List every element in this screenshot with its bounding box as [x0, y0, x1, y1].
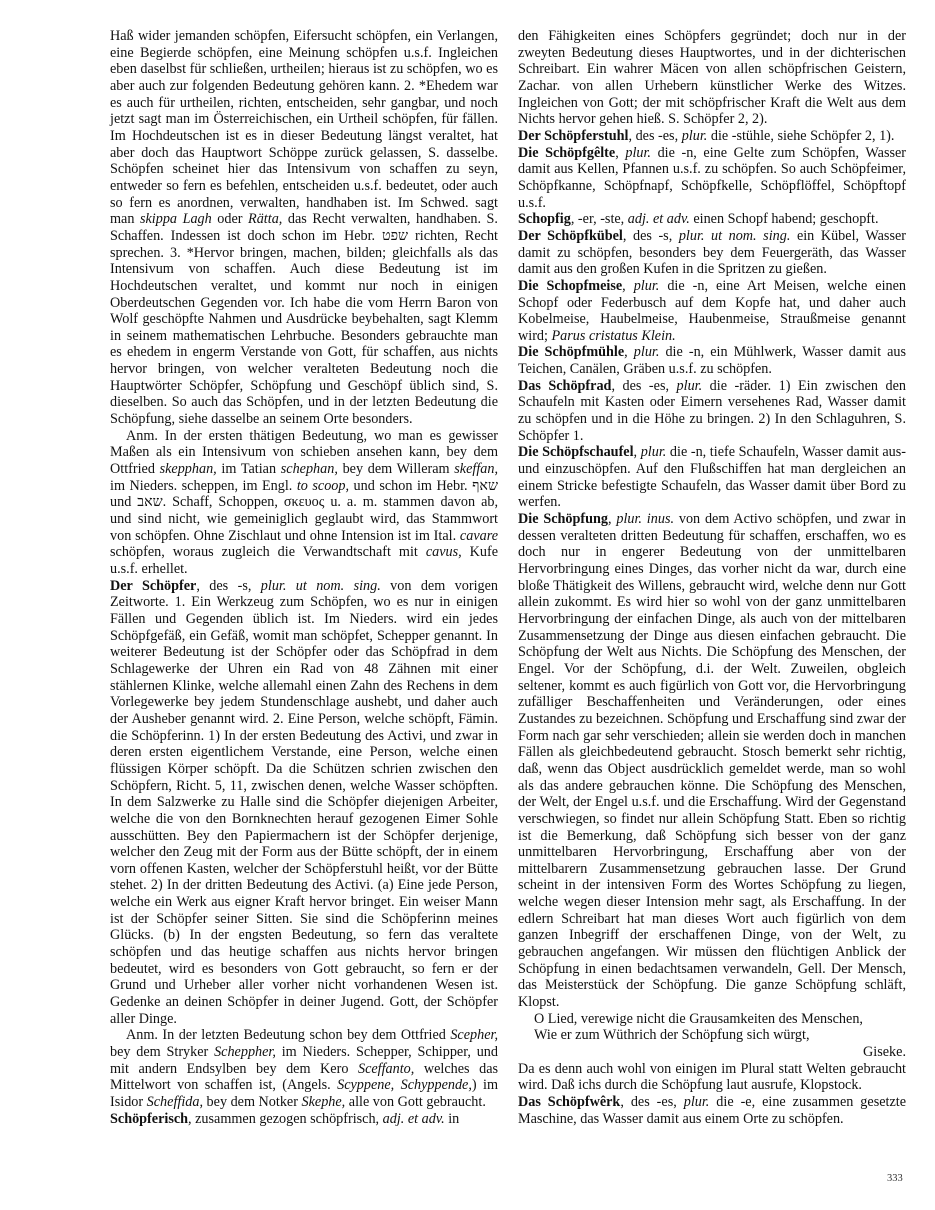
italic-term: cavare	[460, 528, 498, 544]
body-text: bey dem Willeram	[338, 461, 454, 477]
italic-term: plur. inus.	[616, 511, 674, 527]
verse-line: O Lied, verewige nicht die Grausamkeiten…	[518, 1011, 906, 1028]
dictionary-entry: Die Schöpfgêlte, plur. die -n, eine Gelt…	[518, 145, 906, 212]
italic-term: to scoop,	[297, 478, 349, 494]
italic-term: Rätta,	[248, 211, 282, 227]
body-text: Da es denn auch wohl von einigen im Plur…	[518, 1061, 906, 1094]
entry-headword: Die Schöpfgêlte	[518, 145, 615, 161]
dictionary-entry: Die Schöpfschaufel, plur. die -n, tiefe …	[518, 444, 906, 511]
body-text: , des -es,	[620, 1094, 683, 1110]
body-text: alle von Gott gebraucht.	[345, 1094, 486, 1110]
body-text: den Fähigkeiten eines Schöpfers gegründe…	[518, 28, 906, 127]
italic-term: plur. ut nom. sing.	[679, 228, 791, 244]
entry-headword: Schopfig	[518, 211, 571, 227]
italic-term: Scepher,	[450, 1027, 498, 1043]
body-text: im Nieders. scheppen, im Engl.	[110, 478, 297, 494]
entry-headword: Der Schöpferstuhl	[518, 128, 628, 144]
italic-term: plur. ut nom. sing.	[261, 578, 381, 594]
text-paragraph: Haß wider jemanden schöpfen, Eifersucht …	[110, 28, 498, 428]
page-number: 333	[887, 1173, 903, 1184]
italic-term: Skephe,	[302, 1094, 346, 1110]
italic-term: skippa Lagh	[140, 211, 212, 227]
body-text: Anm. In der letzten Bedeutung schon bey …	[126, 1027, 450, 1043]
body-text: einen Schopf habend; geschopft.	[690, 211, 879, 227]
body-text: bey dem Notker	[203, 1094, 302, 1110]
entry-headword: Schöpferisch	[110, 1111, 188, 1127]
body-text: , -er, -ste,	[571, 211, 628, 227]
italic-term: plur.	[677, 378, 703, 394]
entry-headword: Der Schöpfer	[110, 578, 196, 594]
body-text: , des -es,	[628, 128, 681, 144]
body-text: das Recht verwalten, handhaben. S. Schaf…	[110, 211, 498, 427]
entry-headword: Die Schöpfschaufel	[518, 444, 634, 460]
quote-attribution: Giseke.	[518, 1044, 906, 1061]
italic-term: schephan,	[281, 461, 338, 477]
body-text: bey dem Stryker	[110, 1044, 214, 1060]
body-text: ,	[634, 444, 641, 460]
italic-term: plur.	[625, 145, 651, 161]
italic-term: plur.	[682, 128, 708, 144]
body-text: von dem Activo schöpfen, und zwar in des…	[518, 511, 906, 1010]
dictionary-entry: Der Schöpfkübel, des -s, plur. ut nom. s…	[518, 228, 906, 278]
italic-term: cavus,	[426, 544, 462, 560]
italic-term: skepphan,	[160, 461, 217, 477]
entry-headword: Das Schöpfrad	[518, 378, 611, 394]
italic-term: adj. et adv.	[628, 211, 690, 227]
verse-line: Wie er zum Wüthrich der Schöpfung sich w…	[518, 1027, 906, 1044]
dictionary-entry: Schopfig, -er, -ste, adj. et adv. einen …	[518, 211, 906, 228]
body-text: von dem vorigen Zeitworte. 1. Ein Werkze…	[110, 578, 498, 1027]
italic-term: Scheffida,	[147, 1094, 203, 1110]
dictionary-entry: Das Schöpfrad, des -es, plur. die -räder…	[518, 378, 906, 445]
annotation-paragraph: Anm. In der ersten thätigen Bedeutung, w…	[110, 428, 498, 578]
italic-term: Sceffanto,	[358, 1061, 414, 1077]
body-text: Haß wider jemanden schöpfen, Eifersucht …	[110, 28, 498, 227]
body-text: ,	[615, 145, 625, 161]
body-text: , des -s,	[196, 578, 260, 594]
annotation-paragraph: Anm. In der letzten Bedeutung schon bey …	[110, 1027, 498, 1110]
body-text: im Tatian	[217, 461, 281, 477]
italic-term: adj. et adv.	[383, 1111, 445, 1127]
body-text: in	[445, 1111, 460, 1127]
italic-term: plur.	[641, 444, 667, 460]
dictionary-entry: Die Schöpfmühle, plur. die -n, ein Mühlw…	[518, 344, 906, 377]
right-column: den Fähigkeiten eines Schöpfers gegründe…	[518, 28, 906, 1127]
body-text: oder	[212, 211, 248, 227]
dictionary-entry: Die Schopfmeise, plur. die -n, eine Art …	[518, 278, 906, 345]
entry-headword: Die Schopfmeise	[518, 278, 622, 294]
italic-term: Parus cristatus Klein.	[552, 328, 676, 344]
italic-term: skeffan,	[454, 461, 498, 477]
text-paragraph: den Fähigkeiten eines Schöpfers gegründe…	[518, 28, 906, 128]
body-text: , des -s,	[623, 228, 679, 244]
entry-headword: Die Schöpfmühle	[518, 344, 624, 360]
dictionary-entry: Das Schöpfwêrk, des -es, plur. die -e, e…	[518, 1094, 906, 1127]
body-text: ,	[622, 278, 634, 294]
dictionary-entry: Schöpferisch, zusammen gezogen schöpfris…	[110, 1111, 498, 1128]
dictionary-entry: Die Schöpfung, plur. inus. von dem Activ…	[518, 511, 906, 1011]
left-column: Haß wider jemanden schöpfen, Eifersucht …	[110, 28, 498, 1127]
dictionary-entry: Der Schöpfer, des -s, plur. ut nom. sing…	[110, 578, 498, 1028]
italic-term: plur.	[634, 344, 660, 360]
body-text: schöpfen, woraus zugleich die Verwandtsc…	[110, 544, 426, 560]
italic-term: Scheppher,	[214, 1044, 276, 1060]
body-text: , des -es,	[611, 378, 676, 394]
italic-term: plur.	[684, 1094, 710, 1110]
body-text: , zusammen gezogen schöpfrisch,	[188, 1111, 383, 1127]
italic-term: Scyppene, Schyppende,	[337, 1077, 472, 1093]
body-text: ,	[624, 344, 634, 360]
dictionary-entry: Der Schöpferstuhl, des -es, plur. die -s…	[518, 128, 906, 145]
body-text: die -stühle, siehe Schöpfer 2, 1).	[707, 128, 894, 144]
italic-term: plur.	[634, 278, 660, 294]
entry-headword: Die Schöpfung	[518, 511, 608, 527]
text-paragraph: Da es denn auch wohl von einigen im Plur…	[518, 1061, 906, 1094]
entry-headword: Der Schöpfkübel	[518, 228, 623, 244]
entry-headword: Das Schöpfwêrk	[518, 1094, 620, 1110]
